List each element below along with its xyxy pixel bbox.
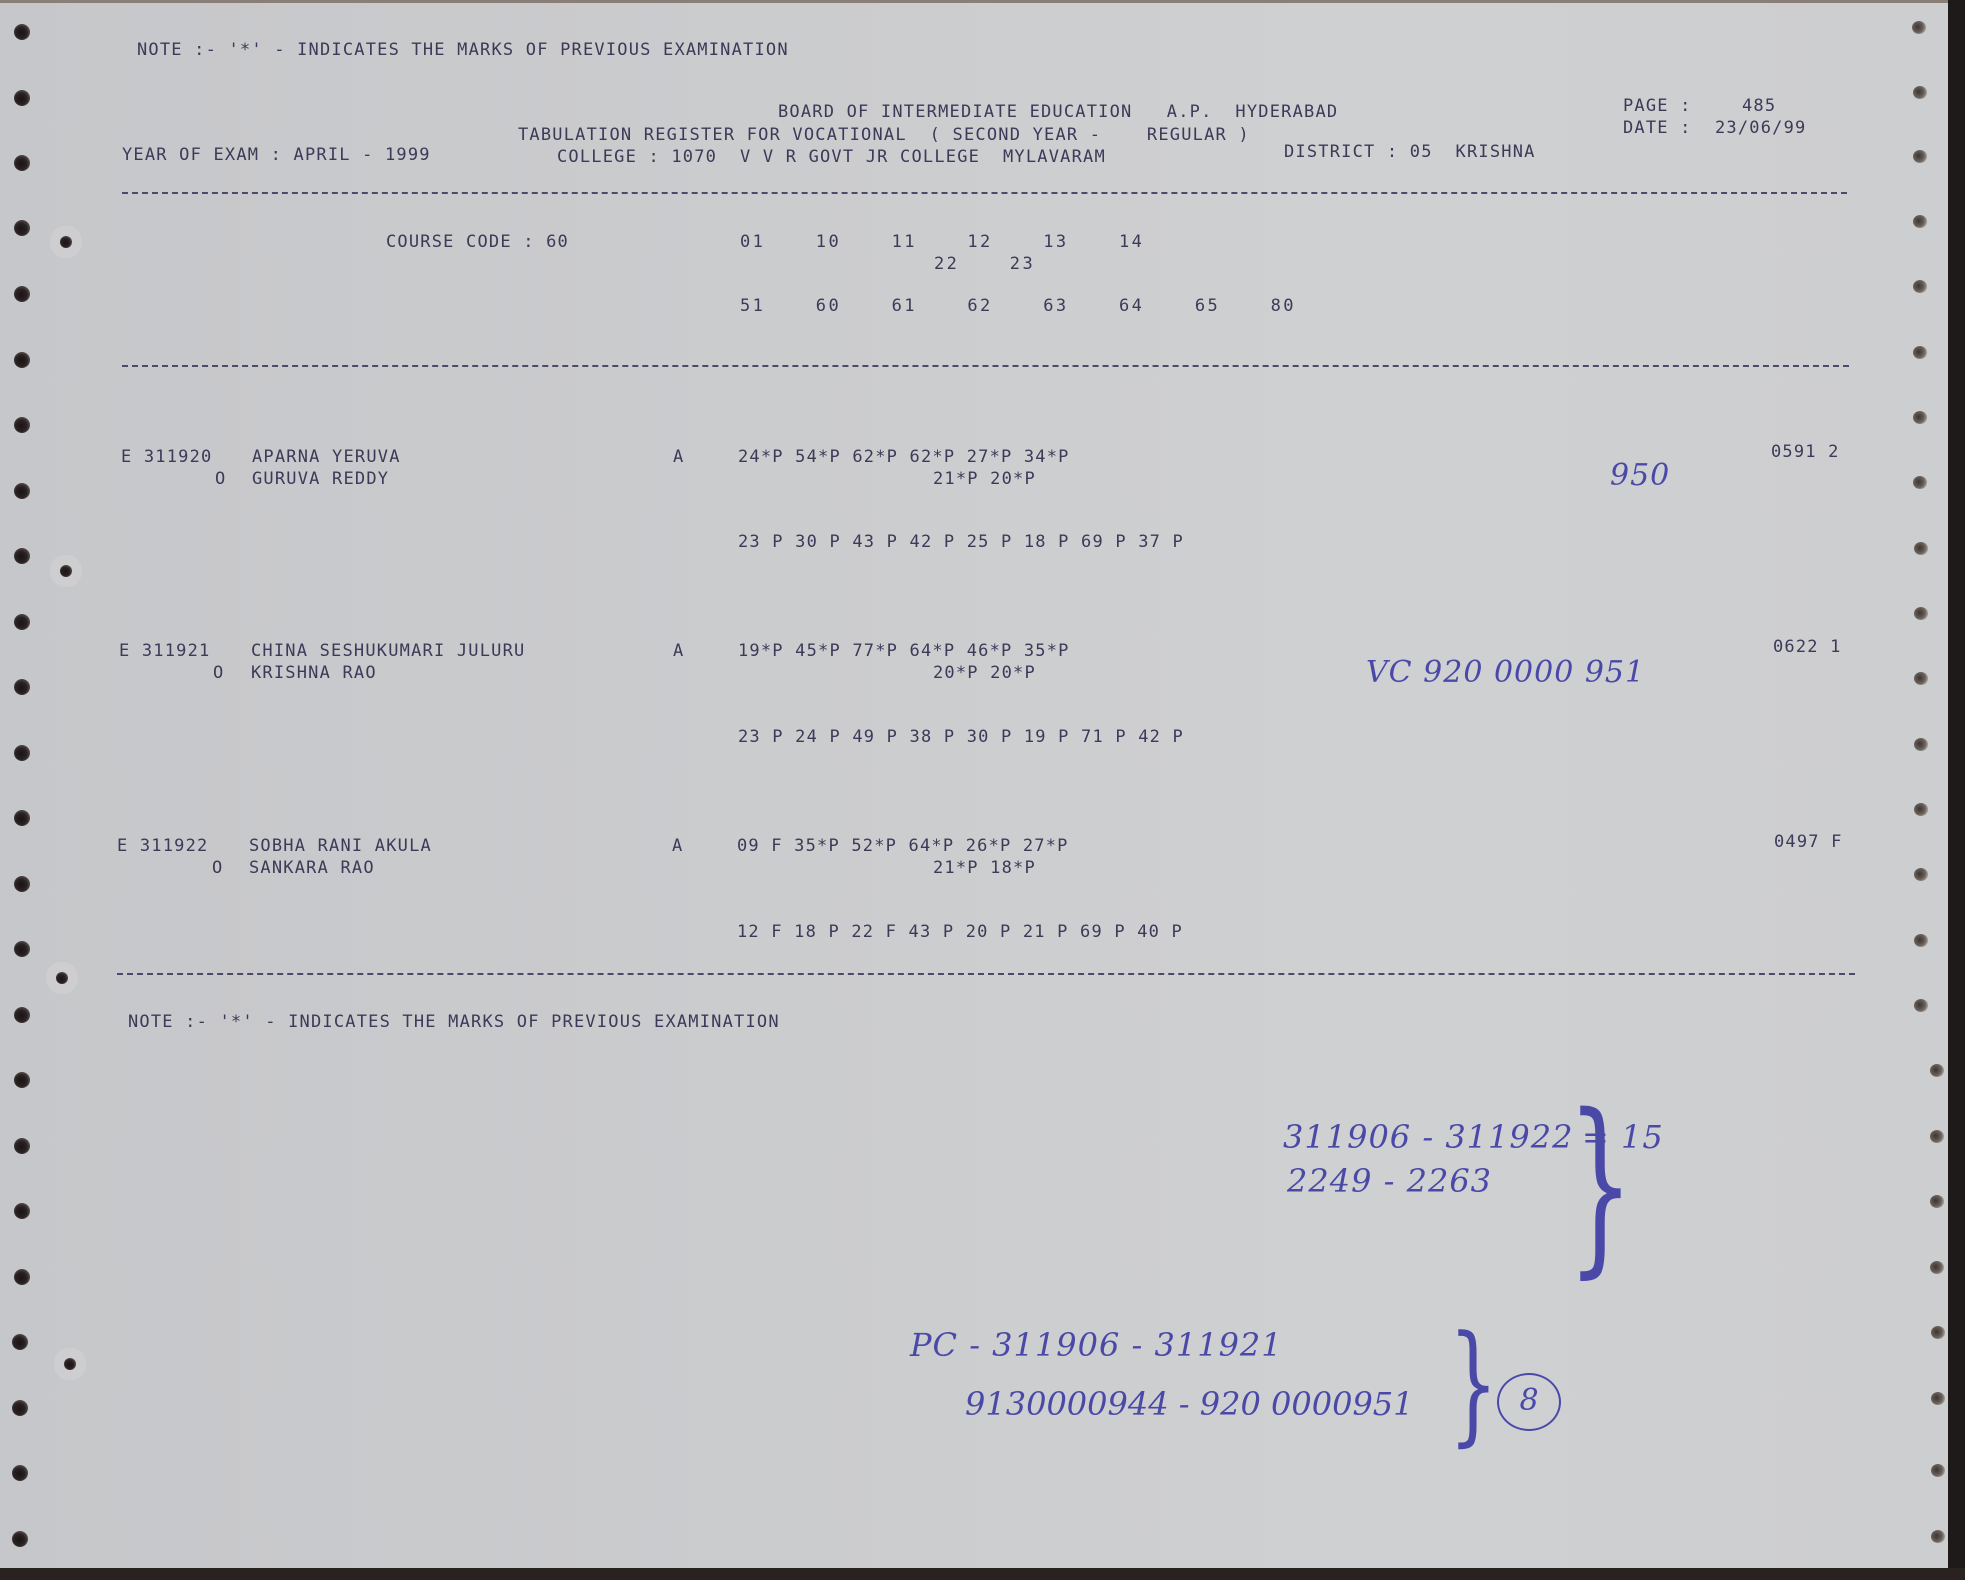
total-and-result: 0497 F <box>1774 832 1843 852</box>
perforation-hole-icon <box>12 1334 28 1350</box>
perforation-hole-icon <box>1931 1326 1945 1339</box>
perforation-hole-icon <box>1931 1464 1945 1477</box>
perforation-hole-icon <box>1913 346 1927 359</box>
handwritten-annotation: 950 <box>1610 458 1670 493</box>
marks-row3: 12 F 18 P 22 F 43 P 20 P 21 P 69 P 40 P <box>737 922 1183 942</box>
register-title: TABULATION REGISTER FOR VOCATIONAL ( SEC… <box>518 125 1250 145</box>
student-name: CHINA SESHUKUMARI JULURU <box>251 641 525 661</box>
handwritten-pc-serial-range: 9130000944 - 920 0000951 <box>965 1385 1414 1423</box>
stray-punch-mark-icon <box>64 1358 76 1370</box>
top-note: NOTE :- '*' - INDICATES THE MARKS OF PRE… <box>137 40 789 60</box>
year-of-exam: YEAR OF EXAM : APRIL - 1999 <box>122 145 431 165</box>
perforation-hole-icon <box>14 286 30 302</box>
handwritten-pc-roll-range: PC - 311906 - 311921 <box>910 1326 1283 1364</box>
date-label: DATE : <box>1623 118 1692 138</box>
medium-code: A <box>672 836 683 856</box>
total-and-result: 0622 1 <box>1773 637 1842 657</box>
bottom-note: NOTE :- '*' - INDICATES THE MARKS OF PRE… <box>128 1012 780 1032</box>
perforation-hole-icon <box>14 614 30 630</box>
district-info: DISTRICT : 05 KRISHNA <box>1284 142 1536 162</box>
perforation-hole-icon <box>12 1531 28 1547</box>
report-date: 23/06/99 <box>1715 118 1806 138</box>
background-bottom-edge <box>0 1568 1965 1580</box>
student-roll-number: E 311921 <box>119 641 210 661</box>
perforation-hole-icon <box>1912 21 1926 34</box>
perforation-hole-icon <box>1914 868 1928 881</box>
marks-row1: 24*P 54*P 62*P 62*P 27*P 34*P <box>738 447 1070 467</box>
paper-top-edge <box>0 0 1948 3</box>
total-and-result: 0591 2 <box>1771 442 1840 462</box>
perforation-hole-icon <box>1913 411 1927 424</box>
divider-line <box>122 365 1849 367</box>
perforation-hole-icon <box>14 810 30 826</box>
medium-code: A <box>673 641 684 661</box>
student-name: SOBHA RANI AKULA <box>249 836 432 856</box>
perforation-hole-icon <box>1913 150 1927 163</box>
perforation-hole-icon <box>14 1138 30 1154</box>
subject-codes-row1: 01 10 11 12 13 14 <box>740 232 1144 252</box>
perforation-hole-icon <box>14 1072 30 1088</box>
perforation-hole-icon <box>1913 86 1927 99</box>
medium-code: A <box>673 447 684 467</box>
background-right-edge <box>1948 0 1965 1580</box>
perforation-hole-icon <box>1913 476 1927 489</box>
perforation-hole-icon <box>1930 1195 1944 1208</box>
perforation-hole-icon <box>1914 738 1928 751</box>
perforation-hole-icon <box>14 548 30 564</box>
stray-punch-mark-icon <box>56 972 68 984</box>
perforation-hole-icon <box>1914 934 1928 947</box>
divider-line <box>122 192 1847 194</box>
handwritten-roll-range: 311906 - 311922 <box>1283 1118 1573 1156</box>
perforation-hole-icon <box>14 155 30 171</box>
student-name: APARNA YERUVA <box>252 447 401 467</box>
perforation-hole-icon <box>14 745 30 761</box>
perforation-hole-icon <box>1914 542 1928 555</box>
stray-punch-mark-icon <box>60 565 72 577</box>
father-name: GURUVA REDDY <box>252 469 389 489</box>
student-roll-number: E 311920 <box>121 447 212 467</box>
board-title: BOARD OF INTERMEDIATE EDUCATION A.P. HYD… <box>778 102 1338 122</box>
page-label: PAGE : <box>1623 96 1692 116</box>
perforation-hole-icon <box>14 876 30 892</box>
subject-codes-row2: 22 23 <box>934 254 1035 274</box>
father-name: KRISHNA RAO <box>251 663 377 683</box>
perforation-hole-icon <box>1914 803 1928 816</box>
marks-row1: 19*P 45*P 77*P 64*P 46*P 35*P <box>738 641 1070 661</box>
marks-row3: 23 P 30 P 43 P 42 P 25 P 18 P 69 P 37 P <box>738 532 1184 552</box>
father-prefix: O <box>212 858 223 878</box>
perforation-hole-icon <box>14 24 30 40</box>
perforation-hole-icon <box>1930 1261 1944 1274</box>
subject-codes-row3: 51 60 61 62 63 64 65 80 <box>740 296 1296 316</box>
perforation-hole-icon <box>14 220 30 236</box>
perforation-hole-icon <box>14 941 30 957</box>
page-number: 485 <box>1742 96 1776 116</box>
perforation-hole-icon <box>14 352 30 368</box>
perforation-hole-icon <box>1914 999 1928 1012</box>
perforation-hole-icon <box>12 1400 28 1416</box>
perforation-hole-icon <box>14 483 30 499</box>
perforation-hole-icon <box>1931 1530 1945 1543</box>
handwritten-count: = 15 <box>1582 1118 1664 1156</box>
perforation-hole-icon <box>14 90 30 106</box>
father-prefix: O <box>215 469 226 489</box>
perforation-hole-icon <box>12 1465 28 1481</box>
perforation-hole-icon <box>14 1269 30 1285</box>
circled-count-badge: 8 <box>1497 1373 1561 1431</box>
marks-row3: 23 P 24 P 49 P 38 P 30 P 19 P 71 P 42 P <box>738 727 1184 747</box>
perforation-hole-icon <box>14 417 30 433</box>
perforation-hole-icon <box>1913 280 1927 293</box>
divider-line <box>117 973 1855 975</box>
student-roll-number: E 311922 <box>117 836 208 856</box>
perforation-hole-icon <box>1931 1392 1945 1405</box>
course-code-label: COURSE CODE : 60 <box>386 232 569 252</box>
perforation-hole-icon <box>1930 1130 1944 1143</box>
handwritten-annotation: VC 920 0000 951 <box>1366 655 1645 690</box>
perforation-hole-icon <box>1913 215 1927 228</box>
perforation-hole-icon <box>14 679 30 695</box>
stray-punch-mark-icon <box>60 236 72 248</box>
marks-row2: 21*P 20*P <box>933 469 1036 489</box>
marks-row2: 20*P 20*P <box>933 663 1036 683</box>
handwritten-serial-range: 2249 - 2263 <box>1287 1162 1492 1200</box>
marks-row1: 09 F 35*P 52*P 64*P 26*P 27*P <box>737 836 1069 856</box>
father-name: SANKARA RAO <box>249 858 375 878</box>
perforation-hole-icon <box>14 1203 30 1219</box>
perforation-hole-icon <box>1914 607 1928 620</box>
perforation-hole-icon <box>1914 672 1928 685</box>
college-info: COLLEGE : 1070 V V R GOVT JR COLLEGE MYL… <box>557 147 1106 167</box>
curly-brace-icon: } <box>1449 1318 1499 1448</box>
perforation-hole-icon <box>1930 1064 1944 1077</box>
father-prefix: O <box>213 663 224 683</box>
perforation-hole-icon <box>14 1007 30 1023</box>
marks-row2: 21*P 18*P <box>933 858 1036 878</box>
